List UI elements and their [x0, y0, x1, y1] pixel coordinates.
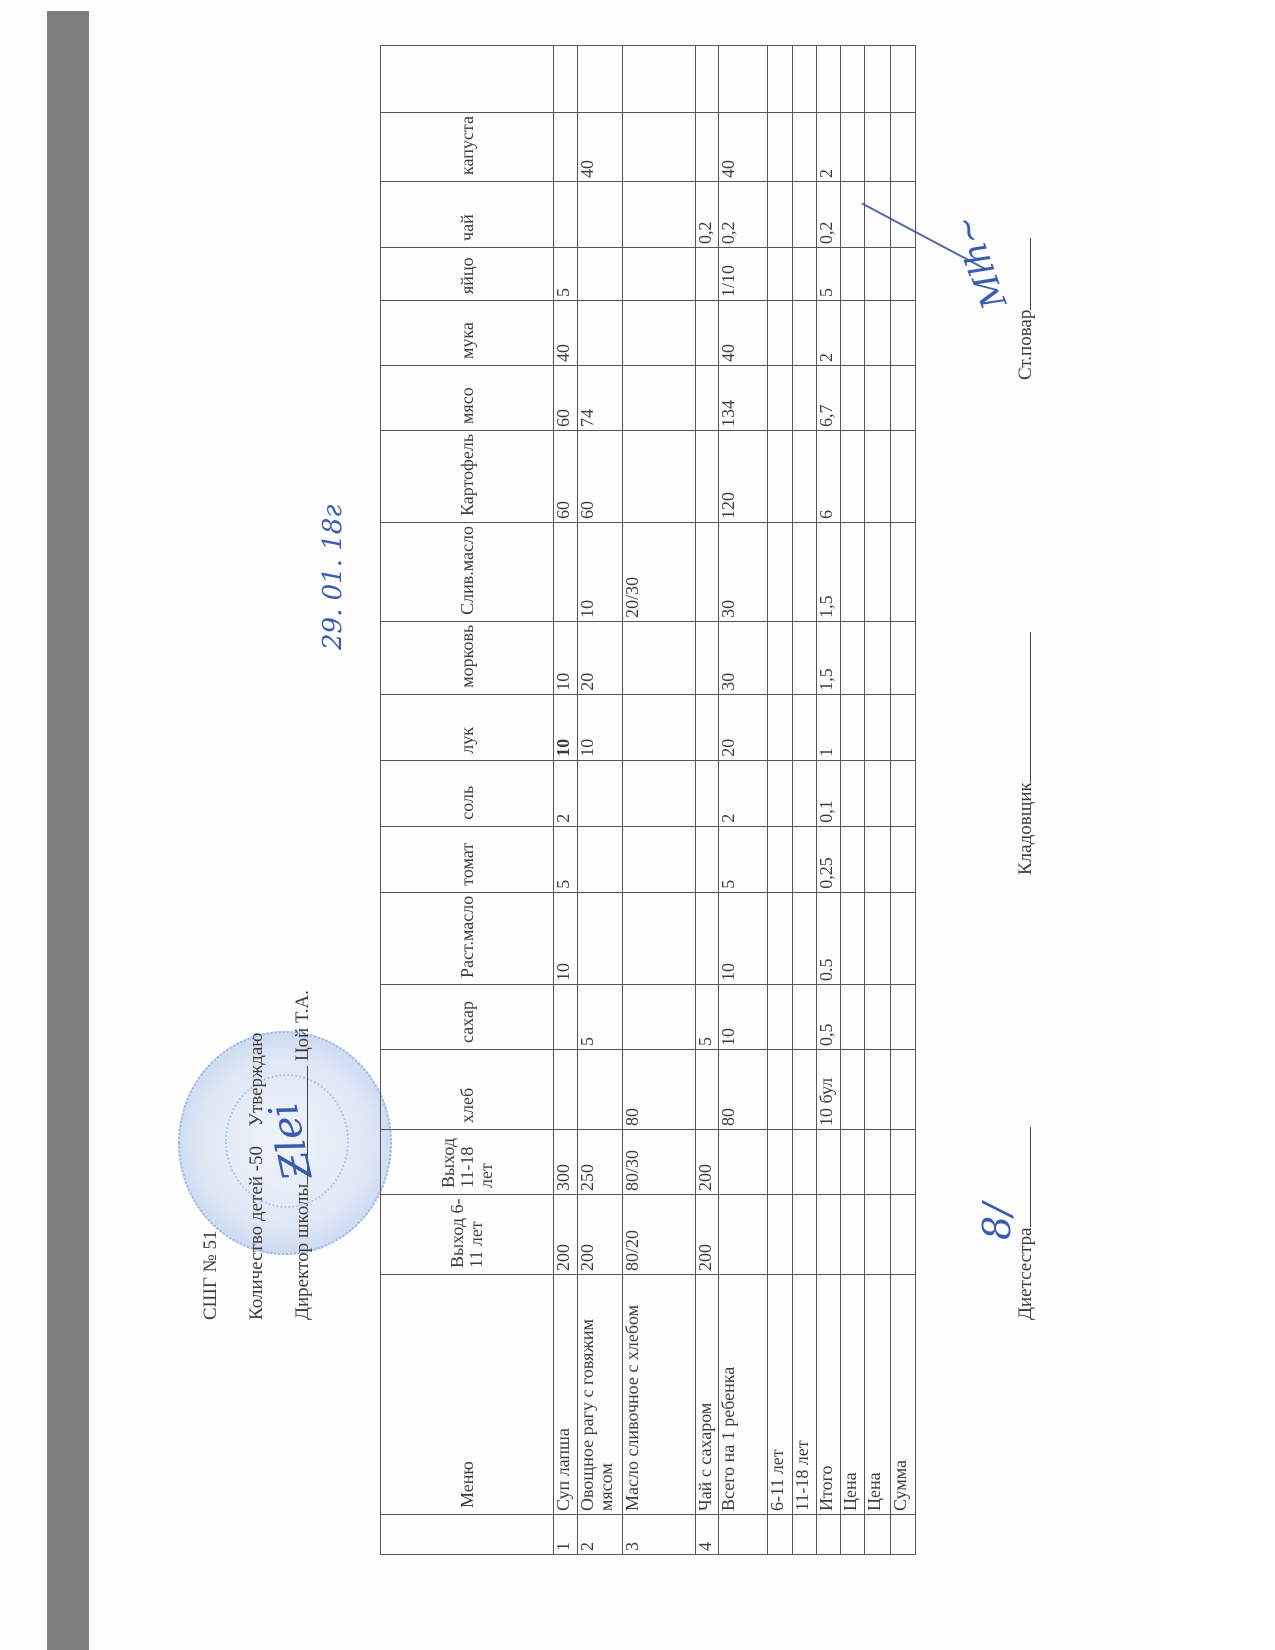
column-header: капуста [381, 113, 554, 182]
row-number: 3 [623, 1515, 696, 1555]
cell-value [696, 247, 719, 300]
rotated-document-page: СШГ № 51 Количество детей -50 Утверждаю … [0, 0, 1275, 1650]
cell-value [891, 621, 916, 694]
cell-value [841, 826, 865, 892]
cell-value [554, 985, 578, 1050]
row-number: 4 [696, 1515, 719, 1555]
table-row: Всего на 1 ребенка8010105220303012013440… [719, 46, 768, 1555]
cell-value [578, 46, 623, 113]
column-header: чай [381, 181, 554, 247]
cell-value: 60 [554, 430, 578, 522]
cell-value: 0,2 [719, 181, 768, 247]
cell-value [768, 247, 793, 300]
cell-value [623, 892, 696, 984]
cell-value [865, 46, 891, 113]
cell-value: 6 [817, 430, 841, 522]
children-count-label: Количество детей -50 [246, 1146, 267, 1320]
cell-value [696, 694, 719, 760]
cell-value [719, 1195, 768, 1275]
cell-value: 10 [554, 694, 578, 760]
cell-value [891, 247, 916, 300]
cell-value: 5 [719, 826, 768, 892]
row-number [719, 1515, 768, 1555]
cell-value [623, 300, 696, 365]
cell-value [793, 300, 817, 365]
cell-value [768, 985, 793, 1050]
cell-value: 10 [554, 621, 578, 694]
school-name: СШГ № 51 [200, 1231, 222, 1320]
cell-value [623, 826, 696, 892]
cell-value [578, 760, 623, 826]
cell-value [623, 760, 696, 826]
cell-value [696, 365, 719, 430]
cell-value: 10 [554, 892, 578, 984]
cell-value [891, 1050, 916, 1130]
cell-value [865, 826, 891, 892]
cell-value [623, 46, 696, 113]
cell-value [841, 522, 865, 621]
cell-value [696, 46, 719, 113]
cell-value [623, 247, 696, 300]
cell-value [793, 46, 817, 113]
column-header: мука [381, 300, 554, 365]
cell-value [768, 113, 793, 182]
cell-value [841, 46, 865, 113]
cell-value: 200 [554, 1195, 578, 1275]
cell-value [578, 181, 623, 247]
cell-value [891, 522, 916, 621]
cell-value: 200 [578, 1195, 623, 1275]
table-row: Итого10 бул0,50.50,250,111,51,566,7250,2… [817, 46, 841, 1555]
row-number [841, 1515, 865, 1555]
cell-value: 200 [696, 1130, 719, 1195]
cell-value [768, 1195, 793, 1275]
cell-value [554, 113, 578, 182]
cell-value [623, 621, 696, 694]
handwritten-date: 29. 01. 18г [318, 505, 348, 650]
column-header: мясо [381, 365, 554, 430]
cell-value [696, 760, 719, 826]
column-header [381, 46, 554, 113]
cell-value: 80 [623, 1050, 696, 1130]
storekeeper-signature-line: Кладовщик [1015, 632, 1037, 875]
column-header: соль [381, 760, 554, 826]
column-header: морковь [381, 621, 554, 694]
column-header: Меню [381, 1275, 554, 1515]
cell-value: 1,5 [817, 621, 841, 694]
table-row: 1Суп лапша200300105210106060405 [554, 46, 578, 1555]
cell-value: 6,7 [817, 365, 841, 430]
cell-value [768, 522, 793, 621]
cell-value [841, 621, 865, 694]
dietitian-label: Диетсестра [1015, 1227, 1036, 1320]
cell-value [793, 694, 817, 760]
cell-value [891, 430, 916, 522]
cell-value [865, 892, 891, 984]
cell-value [891, 365, 916, 430]
cell-value: 30 [719, 621, 768, 694]
cell-value [817, 1130, 841, 1195]
cell-value [768, 826, 793, 892]
cell-value [696, 113, 719, 182]
cell-value [841, 365, 865, 430]
cell-value [891, 300, 916, 365]
cell-value: 80/30 [623, 1130, 696, 1195]
cell-value [793, 760, 817, 826]
cell-value [623, 181, 696, 247]
column-header: яйцо [381, 247, 554, 300]
chef-signature: Mlh~ [945, 210, 1015, 314]
cell-value [841, 113, 865, 182]
column-header: томат [381, 826, 554, 892]
cell-value [696, 522, 719, 621]
cell-value: 40 [578, 113, 623, 182]
cell-value: 80 [719, 1050, 768, 1130]
cell-value [696, 826, 719, 892]
menu-item-name: Сумма [891, 1275, 916, 1515]
table-row: 3Масло сливочное с хлебом80/2080/308020/… [623, 46, 696, 1555]
cell-value [865, 522, 891, 621]
cell-value [623, 985, 696, 1050]
cell-value [696, 621, 719, 694]
menu-item-name: Всего на 1 ребенка [719, 1275, 768, 1515]
cell-value [865, 1130, 891, 1195]
cell-value [865, 1195, 891, 1275]
cell-value [623, 113, 696, 182]
cell-value: 120 [719, 430, 768, 522]
cell-value [793, 430, 817, 522]
row-number: 1 [554, 1515, 578, 1555]
cell-value [768, 1130, 793, 1195]
cell-value: 10 [719, 892, 768, 984]
cell-value [891, 1130, 916, 1195]
cell-value: 2 [719, 760, 768, 826]
cell-value: 1,5 [817, 522, 841, 621]
cell-value [554, 46, 578, 113]
cell-value [578, 826, 623, 892]
cell-value [841, 181, 865, 247]
cell-value [841, 985, 865, 1050]
cell-value [768, 365, 793, 430]
row-number [865, 1515, 891, 1555]
cell-value [891, 826, 916, 892]
cell-value [891, 760, 916, 826]
cell-value: 10 [578, 522, 623, 621]
cell-value [768, 694, 793, 760]
row-number [817, 1515, 841, 1555]
cell-value [793, 892, 817, 984]
menu-item-name: Чай с сахаром [696, 1275, 719, 1515]
cell-value [865, 430, 891, 522]
menu-item-name: Овощное рагу с говяжим мясом [578, 1275, 623, 1515]
cell-value [865, 760, 891, 826]
cell-value: 30 [719, 522, 768, 621]
row-number [891, 1515, 916, 1555]
column-header: Выход 11-18 лет [381, 1130, 554, 1195]
menu-calculation-table: МенюВыход 6-11 летВыход 11-18 летхлебсах… [380, 45, 916, 1555]
cell-value [891, 46, 916, 113]
cell-value: 0.5 [817, 892, 841, 984]
cell-value: 74 [578, 365, 623, 430]
dietitian-signature: 8/ [975, 1203, 1019, 1240]
director-label: Директор школы [292, 1184, 313, 1320]
director-name: Цой Т.А. [292, 990, 313, 1061]
cell-value: 10 бул [817, 1050, 841, 1130]
cell-value [554, 1050, 578, 1130]
menu-item-name: Цена [841, 1275, 865, 1515]
column-header: Раст.масло [381, 892, 554, 984]
cell-value [793, 522, 817, 621]
cell-value [817, 46, 841, 113]
cell-value [865, 985, 891, 1050]
cell-value [865, 247, 891, 300]
cell-value [841, 300, 865, 365]
cell-value: 300 [554, 1130, 578, 1195]
cell-value: 5 [554, 826, 578, 892]
children-count: Количество детей -50 Утверждаю [246, 1033, 268, 1320]
menu-item-name: 6-11 лет [768, 1275, 793, 1515]
menu-item-name: Итого [817, 1275, 841, 1515]
cell-value [768, 621, 793, 694]
cell-value: 80/20 [623, 1195, 696, 1275]
cell-value [793, 247, 817, 300]
cell-value: 20 [578, 621, 623, 694]
column-header: Выход 6-11 лет [381, 1195, 554, 1275]
cell-value [696, 430, 719, 522]
cell-value [891, 985, 916, 1050]
column-header: сахар [381, 985, 554, 1050]
cell-value [554, 181, 578, 247]
cell-value [891, 113, 916, 182]
cell-value: 60 [578, 430, 623, 522]
cell-value: 250 [578, 1130, 623, 1195]
cell-value [817, 1195, 841, 1275]
cell-value [865, 694, 891, 760]
cell-value [554, 522, 578, 621]
storekeeper-signature-underline [1030, 632, 1031, 782]
cell-value [793, 621, 817, 694]
cell-value: 0,1 [817, 760, 841, 826]
cell-value [793, 113, 817, 182]
column-header: лук [381, 694, 554, 760]
cell-value [841, 694, 865, 760]
cell-value [865, 365, 891, 430]
table-row: 11-18 лет [793, 46, 817, 1555]
table-row: 2Овощное рагу с говяжим мясом20025051020… [578, 46, 623, 1555]
cell-value [578, 892, 623, 984]
cell-value [793, 365, 817, 430]
cell-value [768, 430, 793, 522]
cell-value [841, 1195, 865, 1275]
cell-value [841, 760, 865, 826]
cell-value: 10 [578, 694, 623, 760]
cell-value: 1/10 [719, 247, 768, 300]
table-row: Цена [865, 46, 891, 1555]
cell-value: 134 [719, 365, 768, 430]
cell-value [719, 46, 768, 113]
column-header [381, 1515, 554, 1555]
cell-value: 40 [554, 300, 578, 365]
table-row: Сумма [891, 46, 916, 1555]
chef-label: Ст.повар [1015, 310, 1036, 380]
cell-value: 0,2 [817, 181, 841, 247]
cell-value [696, 892, 719, 984]
cell-value: 40 [719, 300, 768, 365]
cell-value [696, 300, 719, 365]
menu-item-name: Суп лапша [554, 1275, 578, 1515]
cell-value [793, 985, 817, 1050]
cell-value [865, 1050, 891, 1130]
cell-value [623, 430, 696, 522]
cell-value [891, 1195, 916, 1275]
cell-value: 2 [817, 113, 841, 182]
cell-value [841, 247, 865, 300]
cell-value [865, 621, 891, 694]
cell-value: 20 [719, 694, 768, 760]
cell-value [793, 1195, 817, 1275]
cell-value [793, 826, 817, 892]
cell-value: 10 [719, 985, 768, 1050]
table-row: 6-11 лет [768, 46, 793, 1555]
column-header: хлеб [381, 1050, 554, 1130]
dietitian-signature-underline [1030, 1127, 1031, 1227]
cell-value [768, 760, 793, 826]
cell-value [768, 181, 793, 247]
cell-value [841, 1130, 865, 1195]
cell-value: 5 [817, 247, 841, 300]
row-number: 2 [578, 1515, 623, 1555]
cell-value [768, 46, 793, 113]
cell-value [891, 181, 916, 247]
table-row: Цена [841, 46, 865, 1555]
menu-item-name: Цена [865, 1275, 891, 1515]
cell-value [841, 892, 865, 984]
cell-value: 20/30 [623, 522, 696, 621]
cell-value: 2 [554, 760, 578, 826]
cell-value: 5 [578, 985, 623, 1050]
cell-value [623, 365, 696, 430]
cell-value [865, 300, 891, 365]
cell-value: 1 [817, 694, 841, 760]
column-header: Картофель [381, 430, 554, 522]
menu-item-name: Масло сливочное с хлебом [623, 1275, 696, 1515]
cell-value [793, 1050, 817, 1130]
cell-value [841, 1050, 865, 1130]
cell-value: 5 [696, 985, 719, 1050]
chef-signature-underline [1030, 238, 1031, 310]
storekeeper-label: Кладовщик [1015, 782, 1036, 875]
cell-value [865, 113, 891, 182]
row-number [768, 1515, 793, 1555]
menu-item-name: 11-18 лет [793, 1275, 817, 1515]
cell-value: 5 [554, 247, 578, 300]
cell-value [793, 181, 817, 247]
row-number [793, 1515, 817, 1555]
chef-signature-line: Ст.повар [1015, 238, 1037, 380]
cell-value [891, 892, 916, 984]
cell-value [768, 892, 793, 984]
cell-value [768, 1050, 793, 1130]
cell-value [623, 694, 696, 760]
cell-value: 40 [719, 113, 768, 182]
cell-value [719, 1130, 768, 1195]
cell-value: 0,25 [817, 826, 841, 892]
cell-value [578, 1050, 623, 1130]
cell-value [578, 300, 623, 365]
cell-value: 2 [817, 300, 841, 365]
cell-value: 0,2 [696, 181, 719, 247]
cell-value [696, 1050, 719, 1130]
table-row: 4Чай с сахаром20020050,2 [696, 46, 719, 1555]
cell-value: 60 [554, 365, 578, 430]
cell-value: 0,5 [817, 985, 841, 1050]
cell-value [891, 694, 916, 760]
cell-value [841, 430, 865, 522]
cell-value: 200 [696, 1195, 719, 1275]
cell-value [793, 1130, 817, 1195]
table-header-row: МенюВыход 6-11 летВыход 11-18 летхлебсах… [381, 46, 554, 1555]
cell-value [578, 247, 623, 300]
cell-value [768, 300, 793, 365]
column-header: Слив.масло [381, 522, 554, 621]
